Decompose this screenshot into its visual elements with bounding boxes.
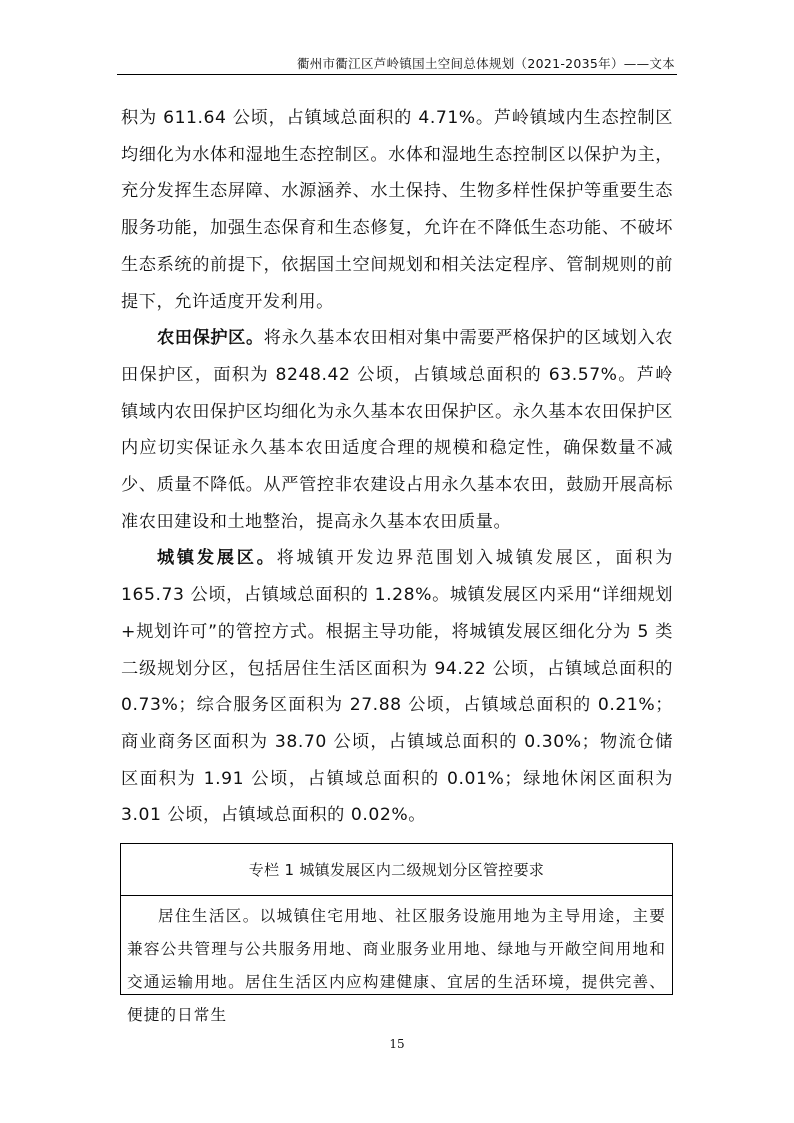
paragraph-text: 将永久基本农田相对集中需要严格保护的区域划入农田保护区，面积为 8248.42 … (121, 328, 673, 532)
paragraph-farmland-protection: 农田保护区。将永久基本农田相对集中需要严格保护的区域划入农田保护区，面积为 82… (121, 320, 673, 540)
paragraph-heading: 农田保护区。 (157, 328, 264, 348)
sidebox-title: 专栏 1 城镇发展区内二级规划分区管控要求 (121, 844, 672, 896)
sidebox-column-1: 专栏 1 城镇发展区内二级规划分区管控要求 居住生活区。以城镇住宅用地、社区服务… (120, 843, 673, 995)
paragraph-heading: 城镇发展区。 (157, 548, 277, 568)
running-header: 衢州市衢江区芦岭镇国土空间总体规划（2021-2035年）——文本 (117, 52, 677, 75)
document-body: 积为 611.64 公顷，占镇域总面积的 4.71%。芦岭镇域内生态控制区均细化… (121, 100, 673, 834)
page-number: 15 (0, 1037, 794, 1051)
paragraph-urban-development: 城镇发展区。将城镇开发边界范围划入城镇发展区，面积为 165.73 公顷，占镇域… (121, 540, 673, 834)
paragraph-text: 积为 611.64 公顷，占镇域总面积的 4.71%。芦岭镇域内生态控制区均细化… (121, 108, 673, 312)
sidebox-text: 居住生活区。以城镇住宅用地、社区服务设施用地为主导用途，主要兼容公共管理与公共服… (127, 900, 666, 1032)
paragraph-ecological-control-continued: 积为 611.64 公顷，占镇域总面积的 4.71%。芦岭镇域内生态控制区均细化… (121, 100, 673, 320)
sidebox-body: 居住生活区。以城镇住宅用地、社区服务设施用地为主导用途，主要兼容公共管理与公共服… (121, 896, 672, 1032)
running-title: 衢州市衢江区芦岭镇国土空间总体规划（2021-2035年）——文本 (297, 54, 675, 72)
paragraph-text: 将城镇开发边界范围划入城镇发展区，面积为 165.73 公顷，占镇域总面积的 1… (121, 548, 673, 825)
